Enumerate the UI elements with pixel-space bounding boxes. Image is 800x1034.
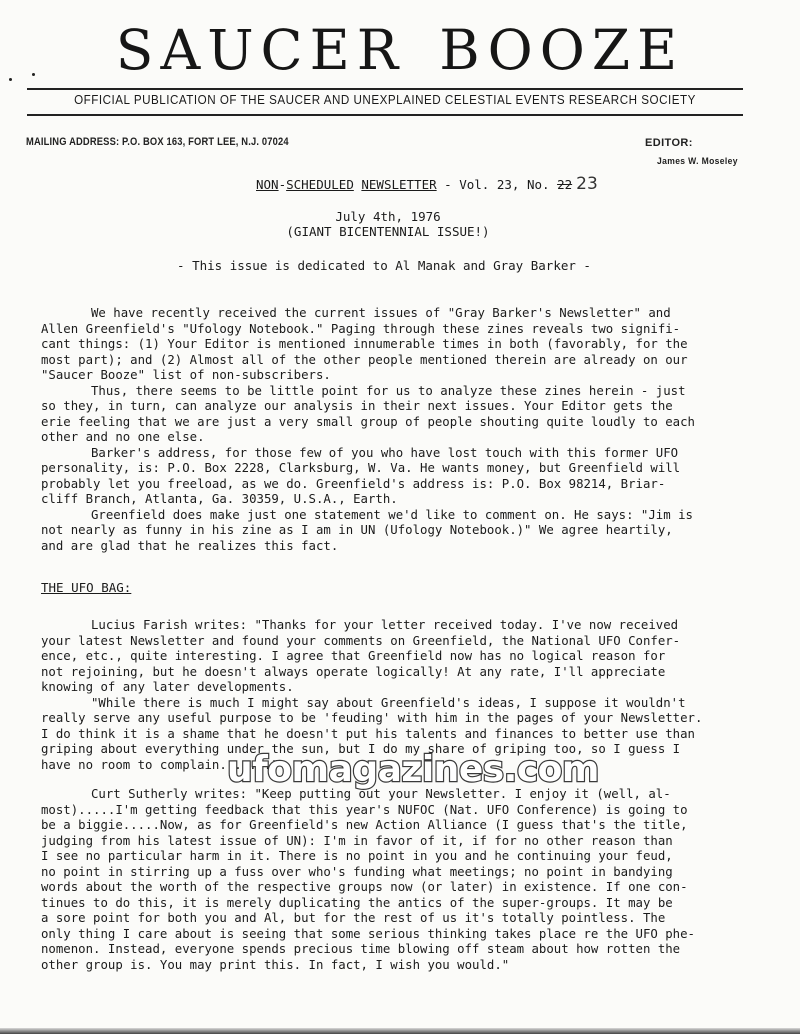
letter-paragraph: Curt Sutherly writes: "Keep putting out … <box>41 787 761 973</box>
stray-mark <box>32 73 35 76</box>
issue-note: (GIANT BICENTENNIAL ISSUE!) <box>0 224 788 239</box>
newsletter-volume-line: NON-SCHEDULED NEWSLETTER - Vol. 23, No. … <box>256 174 598 194</box>
masthead-title-saucer: SAUCER <box>116 18 405 82</box>
masthead-rule-top <box>27 88 743 90</box>
sutherly-letter: Curt Sutherly writes: "Keep putting out … <box>41 787 761 973</box>
dedication: - This issue is dedicated to Al Manak an… <box>0 258 784 273</box>
masthead-title: SAUCERBOOZE <box>0 20 800 80</box>
stray-mark <box>9 78 12 81</box>
intro-paragraph: Thus, there seems to be little point for… <box>41 384 761 446</box>
struck-issue-number: 22 <box>557 177 572 192</box>
masthead-rule-bottom <box>27 114 743 116</box>
page-edge-shadow <box>0 1028 800 1034</box>
intro-paragraph: Barker's address, for those few of you w… <box>41 446 761 508</box>
letter-paragraph: Lucius Farish writes: "Thanks for your l… <box>41 618 761 696</box>
issue-date: July 4th, 1976 <box>0 209 788 224</box>
editor-name: James W. Moseley <box>657 156 738 167</box>
masthead-title-booze: BOOZE <box>439 18 684 82</box>
intro-paragraph: Greenfield does make just one statement … <box>41 508 761 555</box>
newsletter-label: NEWSLETTER <box>361 177 436 192</box>
newsletter-scheduled: SCHEDULED <box>286 177 354 192</box>
volume-text: - Vol. 23, No. <box>437 177 557 192</box>
masthead-subtitle: OFFICIAL PUBLICATION OF THE SAUCER AND U… <box>27 93 743 107</box>
newsletter-non: NON <box>256 177 279 192</box>
section-heading-ufo-bag: THE UFO BAG: <box>41 580 131 595</box>
editor-label: EDITOR: <box>645 137 693 149</box>
mailing-address: MAILING ADDRESS: P.O. BOX 163, FORT LEE,… <box>26 136 289 148</box>
intro-section: We have recently received the current is… <box>41 306 761 554</box>
intro-paragraph: We have recently received the current is… <box>41 306 761 384</box>
handwritten-issue-number: 23 <box>576 174 598 194</box>
watermark: ufomagazines.com <box>227 749 599 790</box>
